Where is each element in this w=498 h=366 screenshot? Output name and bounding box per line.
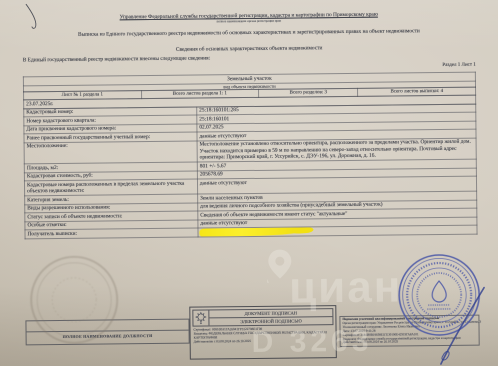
esign-certificate-lines: Сертификат: 00910В31ГА26841ГР3122798Е1Г0…	[191, 326, 336, 344]
esign-title-line2: ЭЛЕКТРОННОЙ ПОДПИСЬЮ	[209, 317, 332, 325]
esign-validity: Действителен с 03.08.2024 по 26.10.2025	[194, 338, 333, 344]
intro-line: В Единый государственный реестр недвижим…	[23, 53, 476, 64]
detail-value: Местоположение установлено относительно …	[197, 138, 476, 162]
esign-stamp-header: ДОКУМЕНТ ПОДПИСАН ЭЛЕКТРОННОЙ ПОДПИСЬЮ	[192, 308, 333, 326]
details-table: Кадастровый номер:25:18:160101:285Номер …	[23, 103, 477, 238]
detail-label: Местоположение:	[24, 141, 197, 164]
extract-date: 23.07.2025г.	[26, 101, 53, 107]
coat-of-arms-icon	[193, 310, 209, 325]
pen-signature	[426, 275, 497, 366]
egrn-extract-document: Управление Федеральной службы государств…	[0, 0, 498, 366]
document-header: Управление Федеральной службы государств…	[22, 0, 476, 73]
document-title: Выписка из Единого государственного реес…	[22, 28, 475, 39]
esign-stamp-box: ДОКУМЕНТ ПОДПИСАН ЭЛЕКТРОННОЙ ПОДПИСЬЮ С…	[189, 305, 337, 360]
cian-watermark-text: циан	[289, 265, 403, 310]
faint-round-stamp	[26, 251, 123, 348]
map-pin-icon	[267, 249, 293, 285]
esign-titles: ДОКУМЕНТ ПОДПИСАН ЭЛЕКТРОННОЙ ПОДПИСЬЮ	[209, 309, 332, 325]
document-body: Управление Федеральной службы государств…	[22, 0, 477, 239]
detail-label: Получатель выписки:	[25, 228, 198, 238]
document-photo: Управление Федеральной службы государств…	[0, 0, 498, 366]
page-reference: Раздел 1 Лист 1	[23, 63, 476, 73]
detail-value	[198, 225, 477, 236]
pen-mark	[18, 2, 48, 36]
